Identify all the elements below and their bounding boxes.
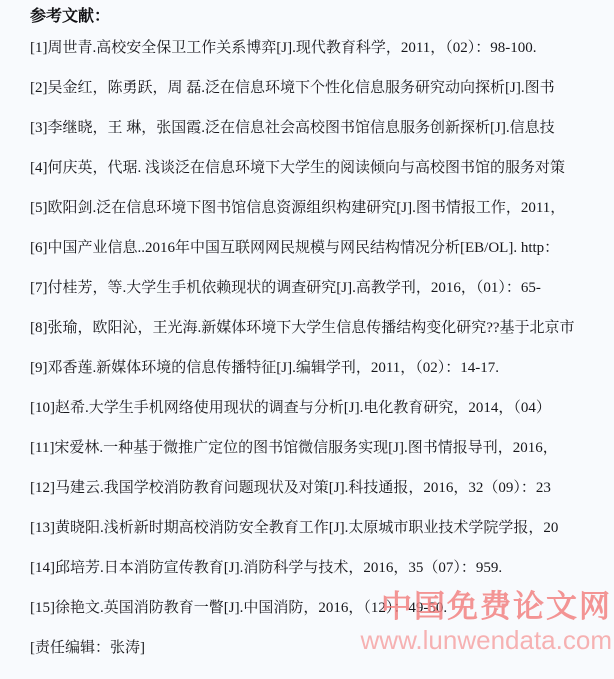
reference-item-6: [6]中国产业信息..2016年中国互联网网民规模与网民结构情况分析[EB/OL… (0, 228, 614, 268)
reference-item-9: [9]邓香莲.新媒体环境的信息传播特征[J].编辑学刊，2011，（02）：14… (0, 348, 614, 388)
reference-document: 参考文献： [1]周世青.高校安全保卫工作关系博弈[J].现代教育科学，2011… (0, 0, 614, 679)
reference-item-2: [2]吴金红，陈勇跃，周 磊.泛在信息环境下个性化信息服务研究动向探析[J].图… (0, 68, 614, 108)
reference-item-11: [11]宋爱林.一种基于微推广定位的图书馆微信服务实现[J].图书情报导刊，20… (0, 428, 614, 468)
reference-item-10: [10]赵希.大学生手机网络使用现状的调查与分析[J].电化教育研究，2014，… (0, 388, 614, 428)
reference-item-3: [3]李继晓，王 琳，张国霞.泛在信息社会高校图书馆信息服务创新探析[J].信息… (0, 108, 614, 148)
reference-item-14: [14]邱培芳.日本消防宣传教育[J].消防科学与技术，2016，35（07）：… (0, 548, 614, 588)
reference-item-12: [12]马建云.我国学校消防教育问题现状及对策[J].科技通报，2016，32（… (0, 468, 614, 508)
reference-item-5: [5]欧阳剑.泛在信息环境下图书馆信息资源组织构建研究[J].图书情报工作，20… (0, 188, 614, 228)
reference-item-7: [7]付桂芳，等.大学生手机依赖现状的调查研究[J].高教学刊，2016，（01… (0, 268, 614, 308)
document-footer: [责任编辑：张涛] (0, 628, 614, 668)
reference-item-13: [13]黄晓阳.浅析新时期高校消防安全教育工作[J].太原城市职业技术学院学报，… (0, 508, 614, 548)
reference-item-8: [8]张瑜，欧阳沁，王光海.新媒体环境下大学生信息传播结构变化研究??基于北京市 (0, 308, 614, 348)
references-heading: 参考文献： (0, 0, 614, 27)
editor-note: [责任编辑：张涛] (0, 628, 614, 668)
reference-item-1: [1]周世青.高校安全保卫工作关系博弈[J].现代教育科学，2011，（02）：… (0, 28, 614, 68)
reference-item-15: [15]徐艳文.英国消防教育一瞥[J].中国消防，2016，（12）：49-50… (0, 588, 614, 628)
reference-item-4: [4]何庆英，代琚. 浅谈泛在信息环境下大学生的阅读倾向与高校图书馆的服务对策 (0, 148, 614, 188)
reference-list: [1]周世青.高校安全保卫工作关系博弈[J].现代教育科学，2011，（02）：… (0, 28, 614, 628)
